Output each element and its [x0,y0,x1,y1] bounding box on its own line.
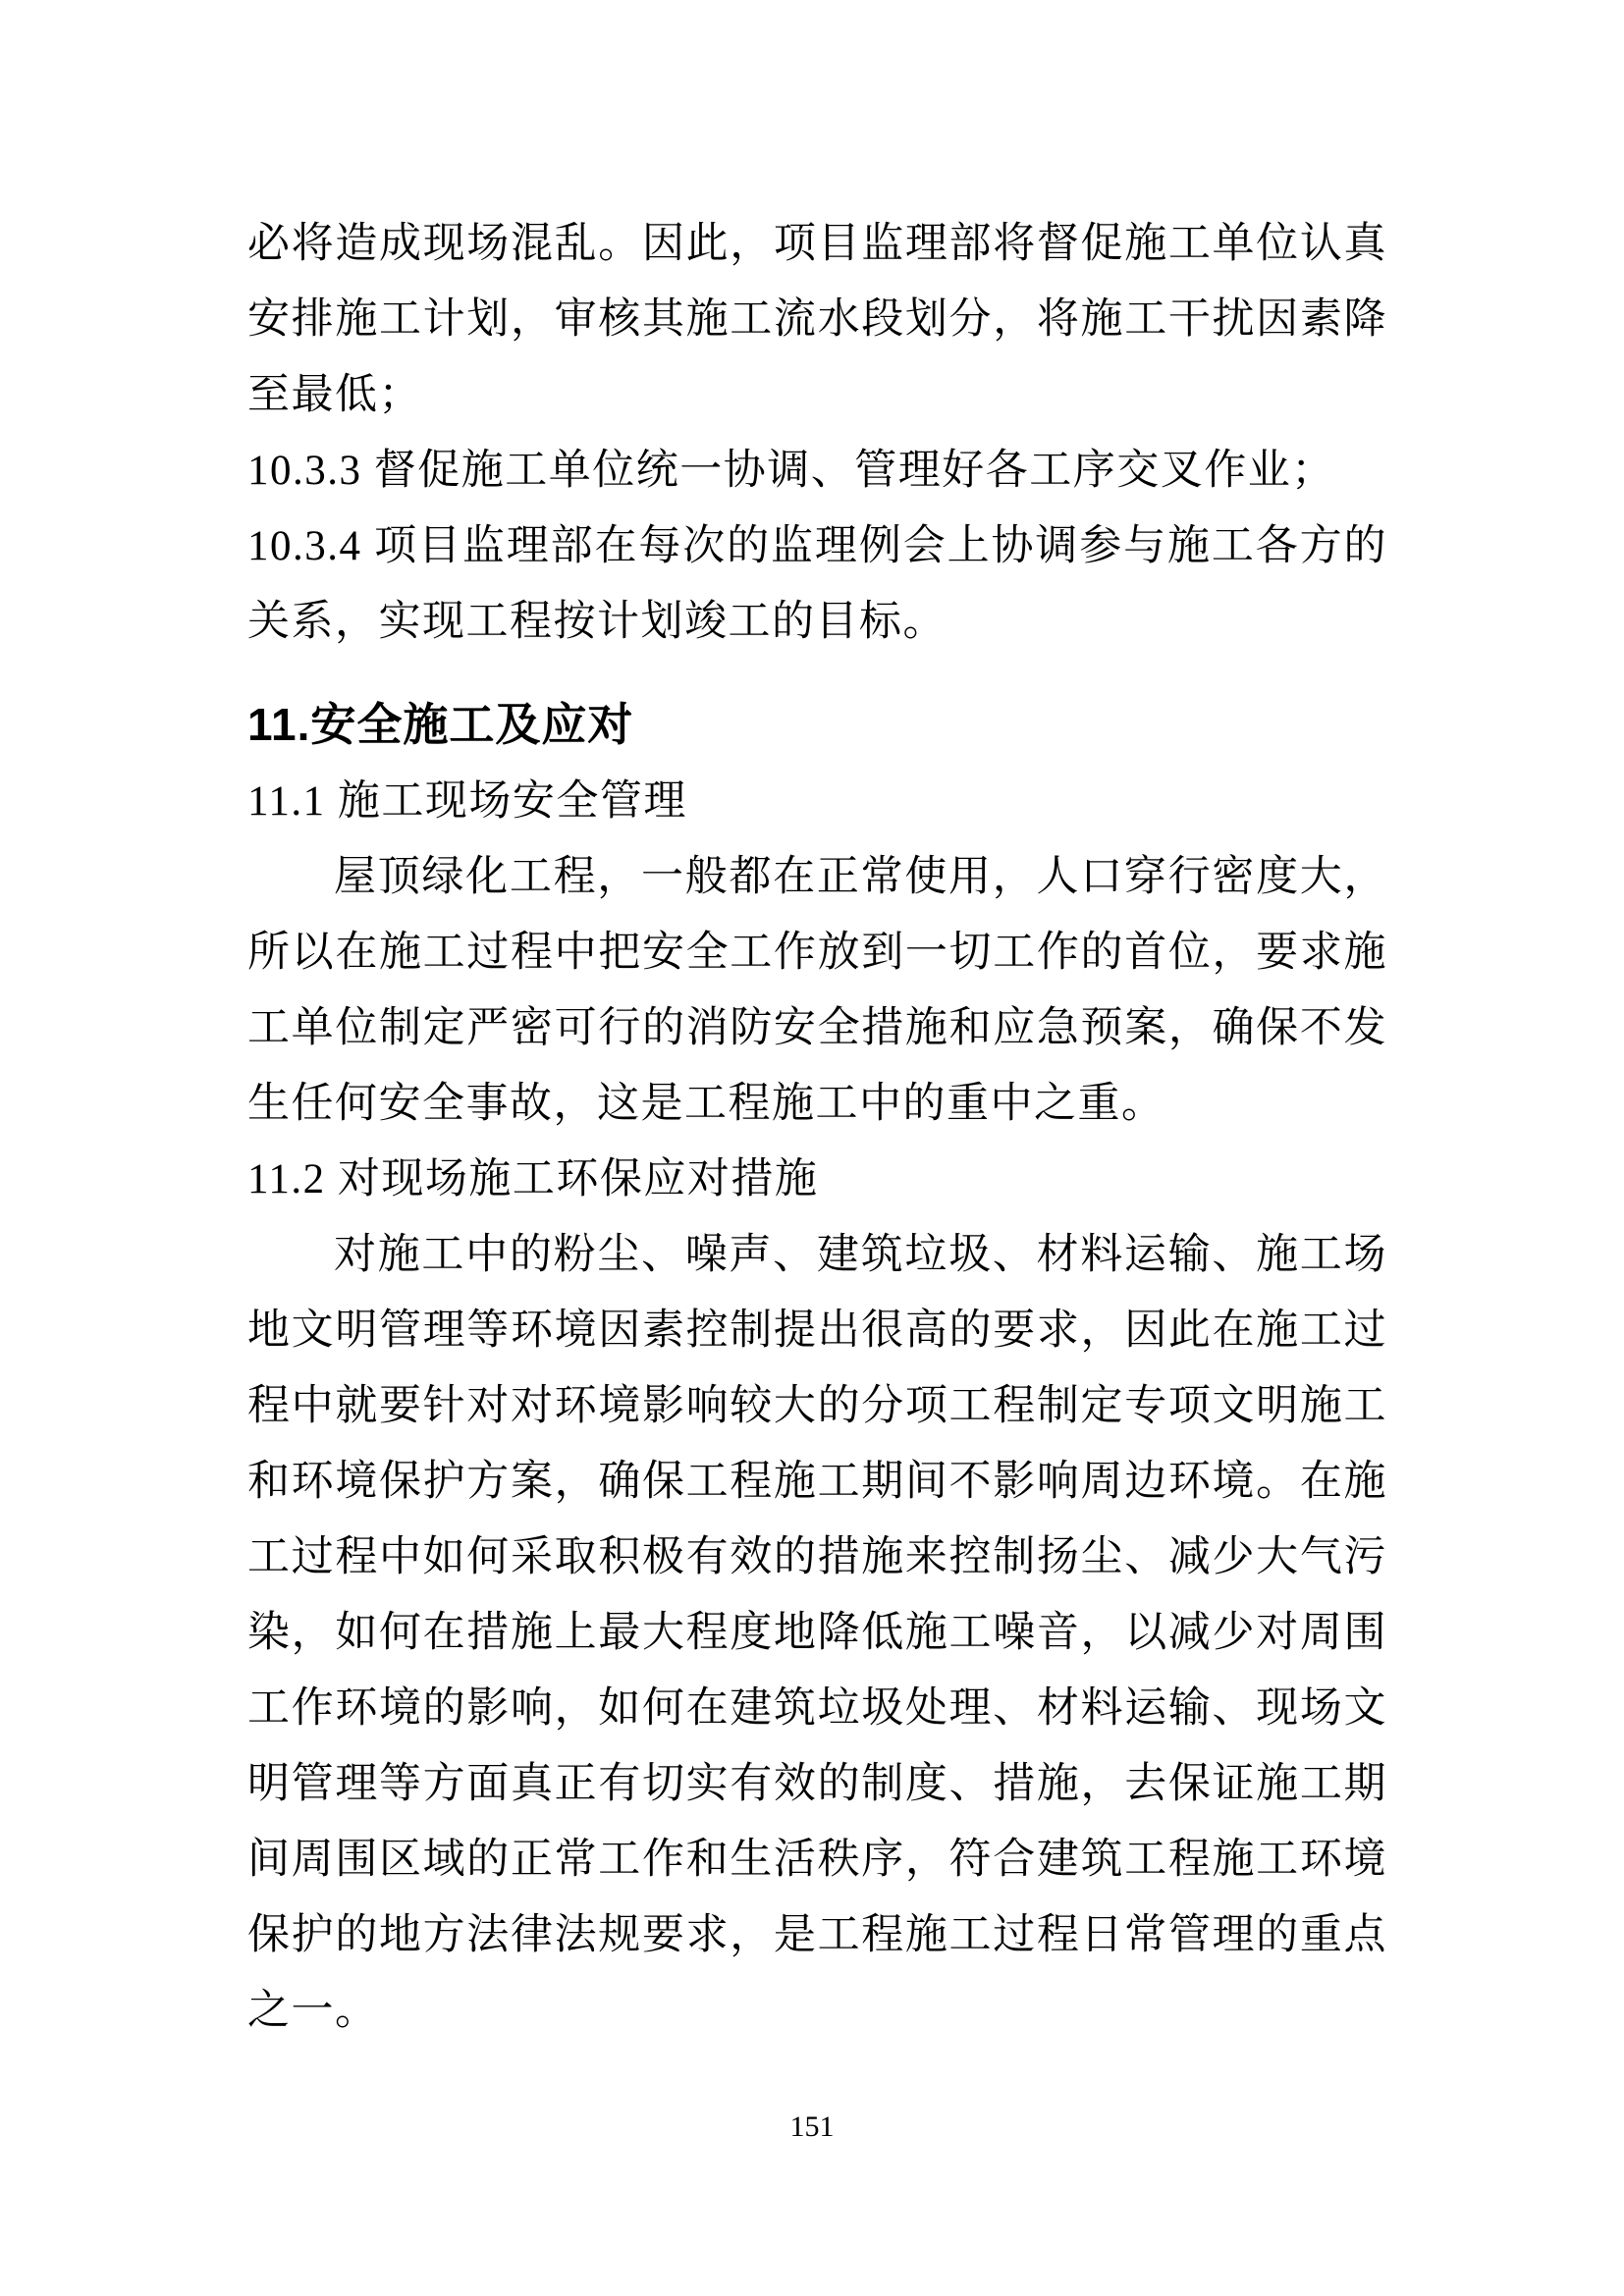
body-paragraph: 必将造成现场混乱。因此，项目监理部将督促施工单位认真安排施工计划，审核其施工流水… [247,206,1387,433]
page-number: 151 [0,2110,1624,2144]
document-content: 必将造成现场混乱。因此，项目监理部将督促施工单位认真安排施工计划，审核其施工流水… [247,206,1387,2049]
body-paragraph: 10.3.4 项目监理部在每次的监理例会上协调参与施工各方的关系，实现工程按计划… [247,508,1387,660]
subsection-heading: 11.1 施工现场安全管理 [247,764,1387,839]
subsection-heading: 11.2 对现场施工环保应对措施 [247,1142,1387,1217]
section-heading: 11.安全施工及应对 [247,685,1387,764]
body-paragraph: 屋顶绿化工程，一般都在正常使用，人口穿行密度大，所以在施工过程中把安全工作放到一… [247,839,1387,1142]
body-paragraph: 10.3.3 督促施工单位统一协调、管理好各工序交叉作业； [247,433,1387,508]
body-paragraph: 对施工中的粉尘、噪声、建筑垃圾、材料运输、施工场地文明管理等环境因素控制提出很高… [247,1217,1387,2049]
document-page: 必将造成现场混乱。因此，项目监理部将督促施工单位认真安排施工计划，审核其施工流水… [0,0,1624,2296]
